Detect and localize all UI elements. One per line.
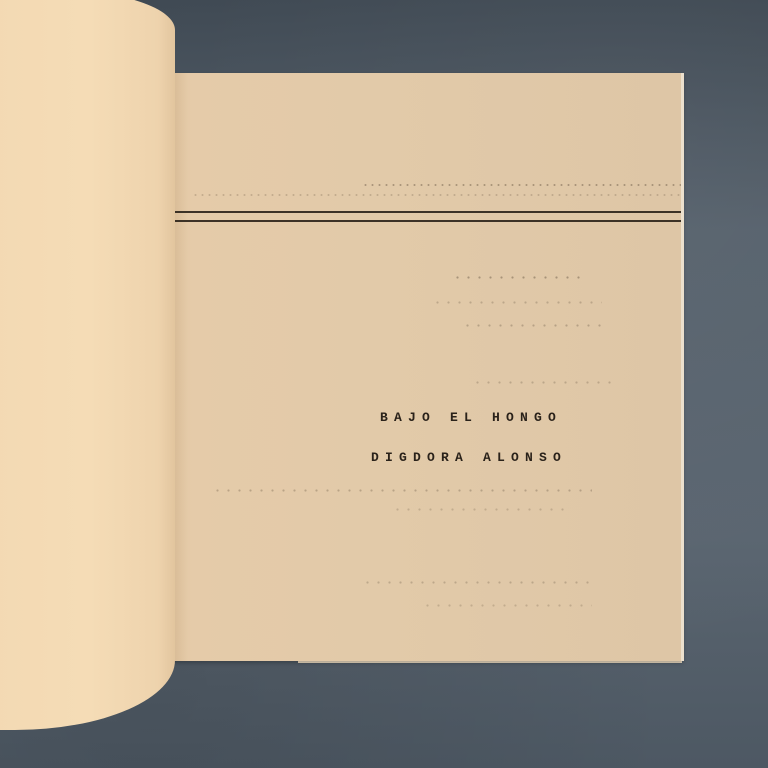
ink-speckle-row [192, 191, 681, 199]
ink-speckle [432, 298, 602, 308]
ink-speckle [212, 486, 592, 496]
book-title: BAJO EL HONGO [380, 410, 562, 425]
ink-speckle [452, 273, 582, 283]
ink-speckle-row [362, 181, 681, 189]
right-page: BAJO EL HONGO DIGDORA ALONSO [162, 73, 681, 661]
book-author: DIGDORA ALONSO [371, 450, 567, 465]
ink-speckle [392, 505, 572, 515]
ink-speckle [462, 321, 602, 331]
typed-rule-line [168, 220, 681, 222]
left-page-curled [0, 0, 175, 730]
book-photo: BAJO EL HONGO DIGDORA ALONSO [0, 0, 768, 768]
ink-speckle [362, 578, 592, 588]
typed-rule-line [168, 211, 681, 213]
ink-speckle [472, 378, 612, 388]
ink-speckle [422, 601, 592, 611]
